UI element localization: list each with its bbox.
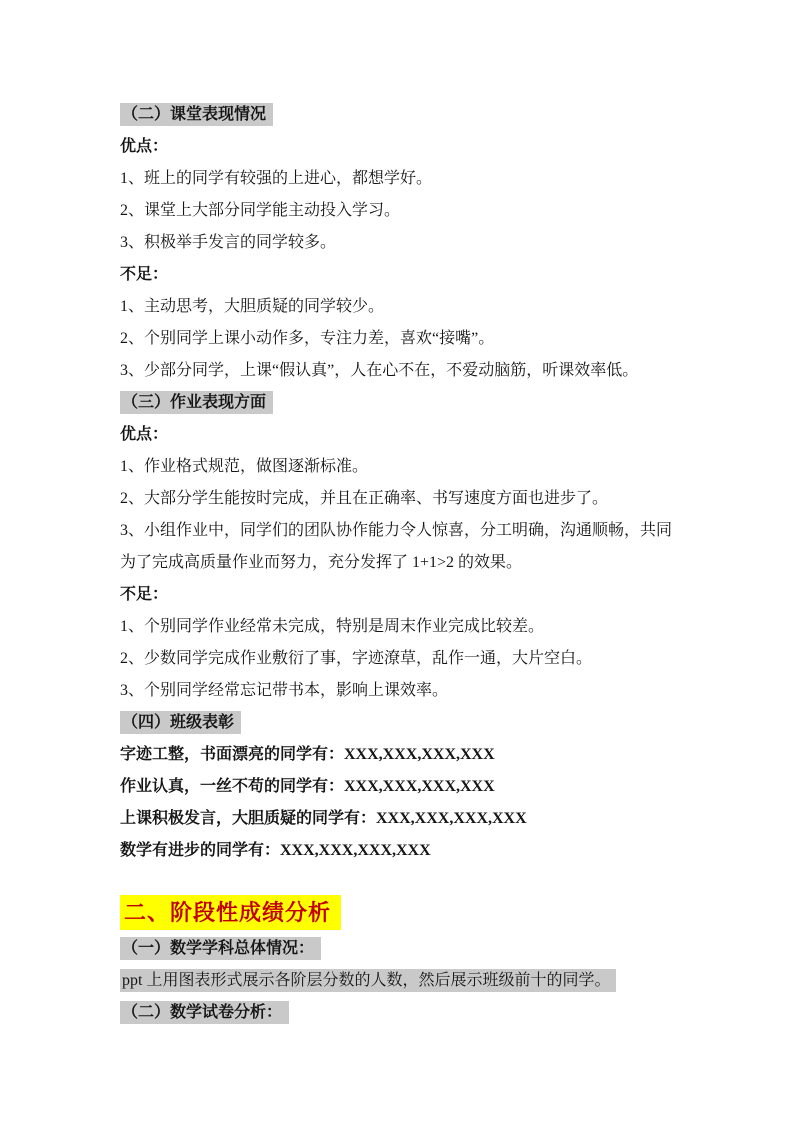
list-item-text: 2、课堂上大部分同学能主动投入学习。	[120, 202, 400, 219]
chapter-heading-score-analysis: 二、阶段性成绩分析	[120, 895, 675, 930]
section-heading-homework-performance: （三）作业表现方面	[120, 387, 675, 419]
list-item-text: 2、个别同学上课小动作多，专注力差，喜欢“接嘴”。	[120, 330, 494, 347]
list-item: 1、主动思考，大胆质疑的同学较少。	[120, 291, 675, 323]
list-item-text: 3、个别同学经常忘记带书本，影响上课效率。	[120, 682, 448, 699]
document-page: （二）课堂表现情况 优点： 1、班上的同学有较强的上进心，都想学好。 2、课堂上…	[0, 0, 793, 1122]
ppt-note-text: ppt 上用图表形式展示各阶层分数的人数，然后展示班级前十的同学。	[120, 969, 616, 992]
section-heading-text: （三）作业表现方面	[120, 391, 273, 414]
cons-label: 不足：	[120, 579, 675, 611]
list-item-text: 2、大部分学生能按时完成，并且在正确率、书写速度方面也进步了。	[120, 490, 608, 507]
chapter-heading-text: 二、阶段性成绩分析	[120, 895, 341, 930]
section-heading-class-commendation: （四）班级表彰	[120, 707, 675, 739]
commendation-text: 上课积极发言，大胆质疑的同学有：XXX,XXX,XXX,XXX	[120, 810, 527, 827]
list-item: 1、作业格式规范，做图逐渐标准。	[120, 451, 675, 483]
subsection-heading-math-overview: （一）数学学科总体情况：	[120, 933, 675, 965]
subsection-heading-text: （二）数学试卷分析：	[120, 1001, 289, 1024]
list-item: 3、积极举手发言的同学较多。	[120, 227, 675, 259]
list-item-text: 1、班上的同学有较强的上进心，都想学好。	[120, 170, 432, 187]
commendation-text: 作业认真，一丝不苟的同学有：XXX,XXX,XXX,XXX	[120, 778, 495, 795]
list-item: 2、课堂上大部分同学能主动投入学习。	[120, 195, 675, 227]
list-item: 1、个别同学作业经常未完成，特别是周末作业完成比较差。	[120, 611, 675, 643]
list-item-text: 1、作业格式规范，做图逐渐标准。	[120, 458, 368, 475]
list-item: 3、少部分同学，上课“假认真”，人在心不在，不爱动脑筋，听课效率低。	[120, 355, 675, 387]
section-heading-text: （二）课堂表现情况	[120, 103, 273, 126]
list-item-text: 1、主动思考，大胆质疑的同学较少。	[120, 298, 384, 315]
subsection-heading-text: （一）数学学科总体情况：	[120, 937, 321, 960]
cons-label-text: 不足：	[120, 266, 168, 283]
list-item-text: 3、少部分同学，上课“假认真”，人在心不在，不爱动脑筋，听课效率低。	[120, 362, 638, 379]
list-item: 2、大部分学生能按时完成，并且在正确率、书写速度方面也进步了。	[120, 483, 675, 515]
list-item-continuation: 为了完成高质量作业而努力，充分发挥了 1+1>2 的效果。	[120, 547, 675, 579]
list-item: 1、班上的同学有较强的上进心，都想学好。	[120, 163, 675, 195]
list-item: 3、个别同学经常忘记带书本，影响上课效率。	[120, 675, 675, 707]
list-item-text: 2、少数同学完成作业敷衍了事，字迹潦草，乱作一通，大片空白。	[120, 650, 592, 667]
list-item-text: 3、小组作业中，同学们的团队协作能力令人惊喜，分工明确，沟通顺畅，共同	[120, 522, 672, 539]
list-item-text: 3、积极举手发言的同学较多。	[120, 234, 336, 251]
ppt-note-line: ppt 上用图表形式展示各阶层分数的人数，然后展示班级前十的同学。	[120, 965, 675, 997]
pros-label: 优点：	[120, 419, 675, 451]
list-item-text: 1、个别同学作业经常未完成，特别是周末作业完成比较差。	[120, 618, 544, 635]
commendation-text: 数学有进步的同学有：XXX,XXX,XXX,XXX	[120, 842, 431, 859]
commendation-line: 数学有进步的同学有：XXX,XXX,XXX,XXX	[120, 835, 675, 867]
subsection-heading-exam-analysis: （二）数学试卷分析：	[120, 997, 675, 1029]
commendation-line: 作业认真，一丝不苟的同学有：XXX,XXX,XXX,XXX	[120, 771, 675, 803]
list-item: 3、小组作业中，同学们的团队协作能力令人惊喜，分工明确，沟通顺畅，共同	[120, 515, 675, 547]
commendation-line: 字迹工整，书面漂亮的同学有：XXX,XXX,XXX,XXX	[120, 739, 675, 771]
list-item: 2、少数同学完成作业敷衍了事，字迹潦草，乱作一通，大片空白。	[120, 643, 675, 675]
section-heading-text: （四）班级表彰	[120, 711, 241, 734]
cons-label: 不足：	[120, 259, 675, 291]
pros-label: 优点：	[120, 131, 675, 163]
commendation-text: 字迹工整，书面漂亮的同学有：XXX,XXX,XXX,XXX	[120, 746, 495, 763]
list-item: 2、个别同学上课小动作多，专注力差，喜欢“接嘴”。	[120, 323, 675, 355]
pros-label-text: 优点：	[120, 426, 168, 443]
cons-label-text: 不足：	[120, 586, 168, 603]
commendation-line: 上课积极发言，大胆质疑的同学有：XXX,XXX,XXX,XXX	[120, 803, 675, 835]
section-heading-classroom-performance: （二）课堂表现情况	[120, 99, 675, 131]
pros-label-text: 优点：	[120, 138, 168, 155]
list-item-text: 为了完成高质量作业而努力，充分发挥了 1+1>2 的效果。	[120, 554, 522, 571]
